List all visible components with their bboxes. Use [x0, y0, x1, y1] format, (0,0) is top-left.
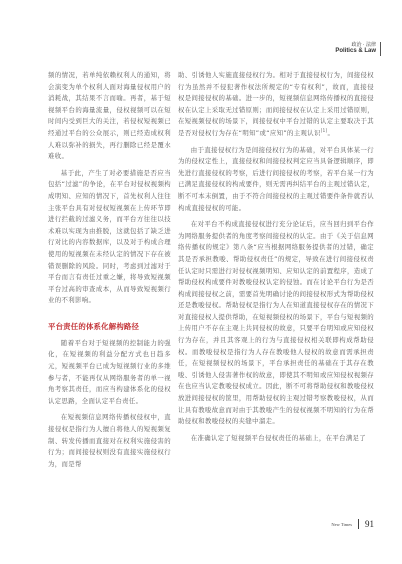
paragraph: 由于直接侵权行为是间接侵权行为的基础，对平台具体某一行为的侵权定性上，直接侵权和… [178, 145, 374, 215]
section-title-en: Politics & Law [335, 48, 376, 55]
page-number: 91 [365, 519, 374, 529]
section-heading: 平台责任的体系化解构路径 [48, 321, 171, 333]
header-divider [380, 42, 381, 56]
paragraph: 在短视频信息网络传播权侵权中，直接侵权是指行为人擅自将他人的短视频复制、转发传播… [48, 412, 171, 470]
page-footer: New Times 91 [331, 519, 374, 529]
paragraph: 频的情况，若单纯依赖权利人的通知，将会演变为单个权利人面对海量侵权用户的消耗战，… [48, 70, 171, 163]
paragraph: 随着平台对于短视频的控制能力的强化，在短视频的利益分配方式也日趋多元，短视频平台… [48, 338, 171, 408]
paragraph: 在准确认定了短视频平台侵权责任的基础上，在平台满足了 [178, 433, 374, 445]
paragraph: 基于此，产生了对必要措施是否应当包括“过滤”的争论，在平台对侵权视频构成明知、应… [48, 168, 171, 307]
paragraph: 助、引诱他人实施直接侵权行为。相对于直接侵权行为，间接侵权行为虽然并不侵犯著作权… [178, 70, 374, 140]
right-column: 助、引诱他人实施直接侵权行为。相对于直接侵权行为，间接侵权行为虽然并不侵犯著作权… [178, 70, 374, 449]
paragraph-text: 助、引诱他人实施直接侵权行为。相对于直接侵权行为，间接侵权行为虽然并不侵犯著作权… [178, 71, 374, 137]
magazine-name: New Times [331, 522, 352, 527]
footer-divider [358, 519, 359, 529]
paragraph: 在对平台不构成直接侵权进行充分论证后，应当回归到平台作为网络服务提供者的角度考察… [178, 219, 374, 428]
footnote-mark: [1] [321, 128, 328, 133]
section-header: 政治 · 法律 Politics & Law [335, 42, 376, 55]
left-column: 频的情况，若单纯依赖权利人的通知，将会演变为单个权利人面对海量侵权用户的消耗战，… [48, 70, 171, 475]
